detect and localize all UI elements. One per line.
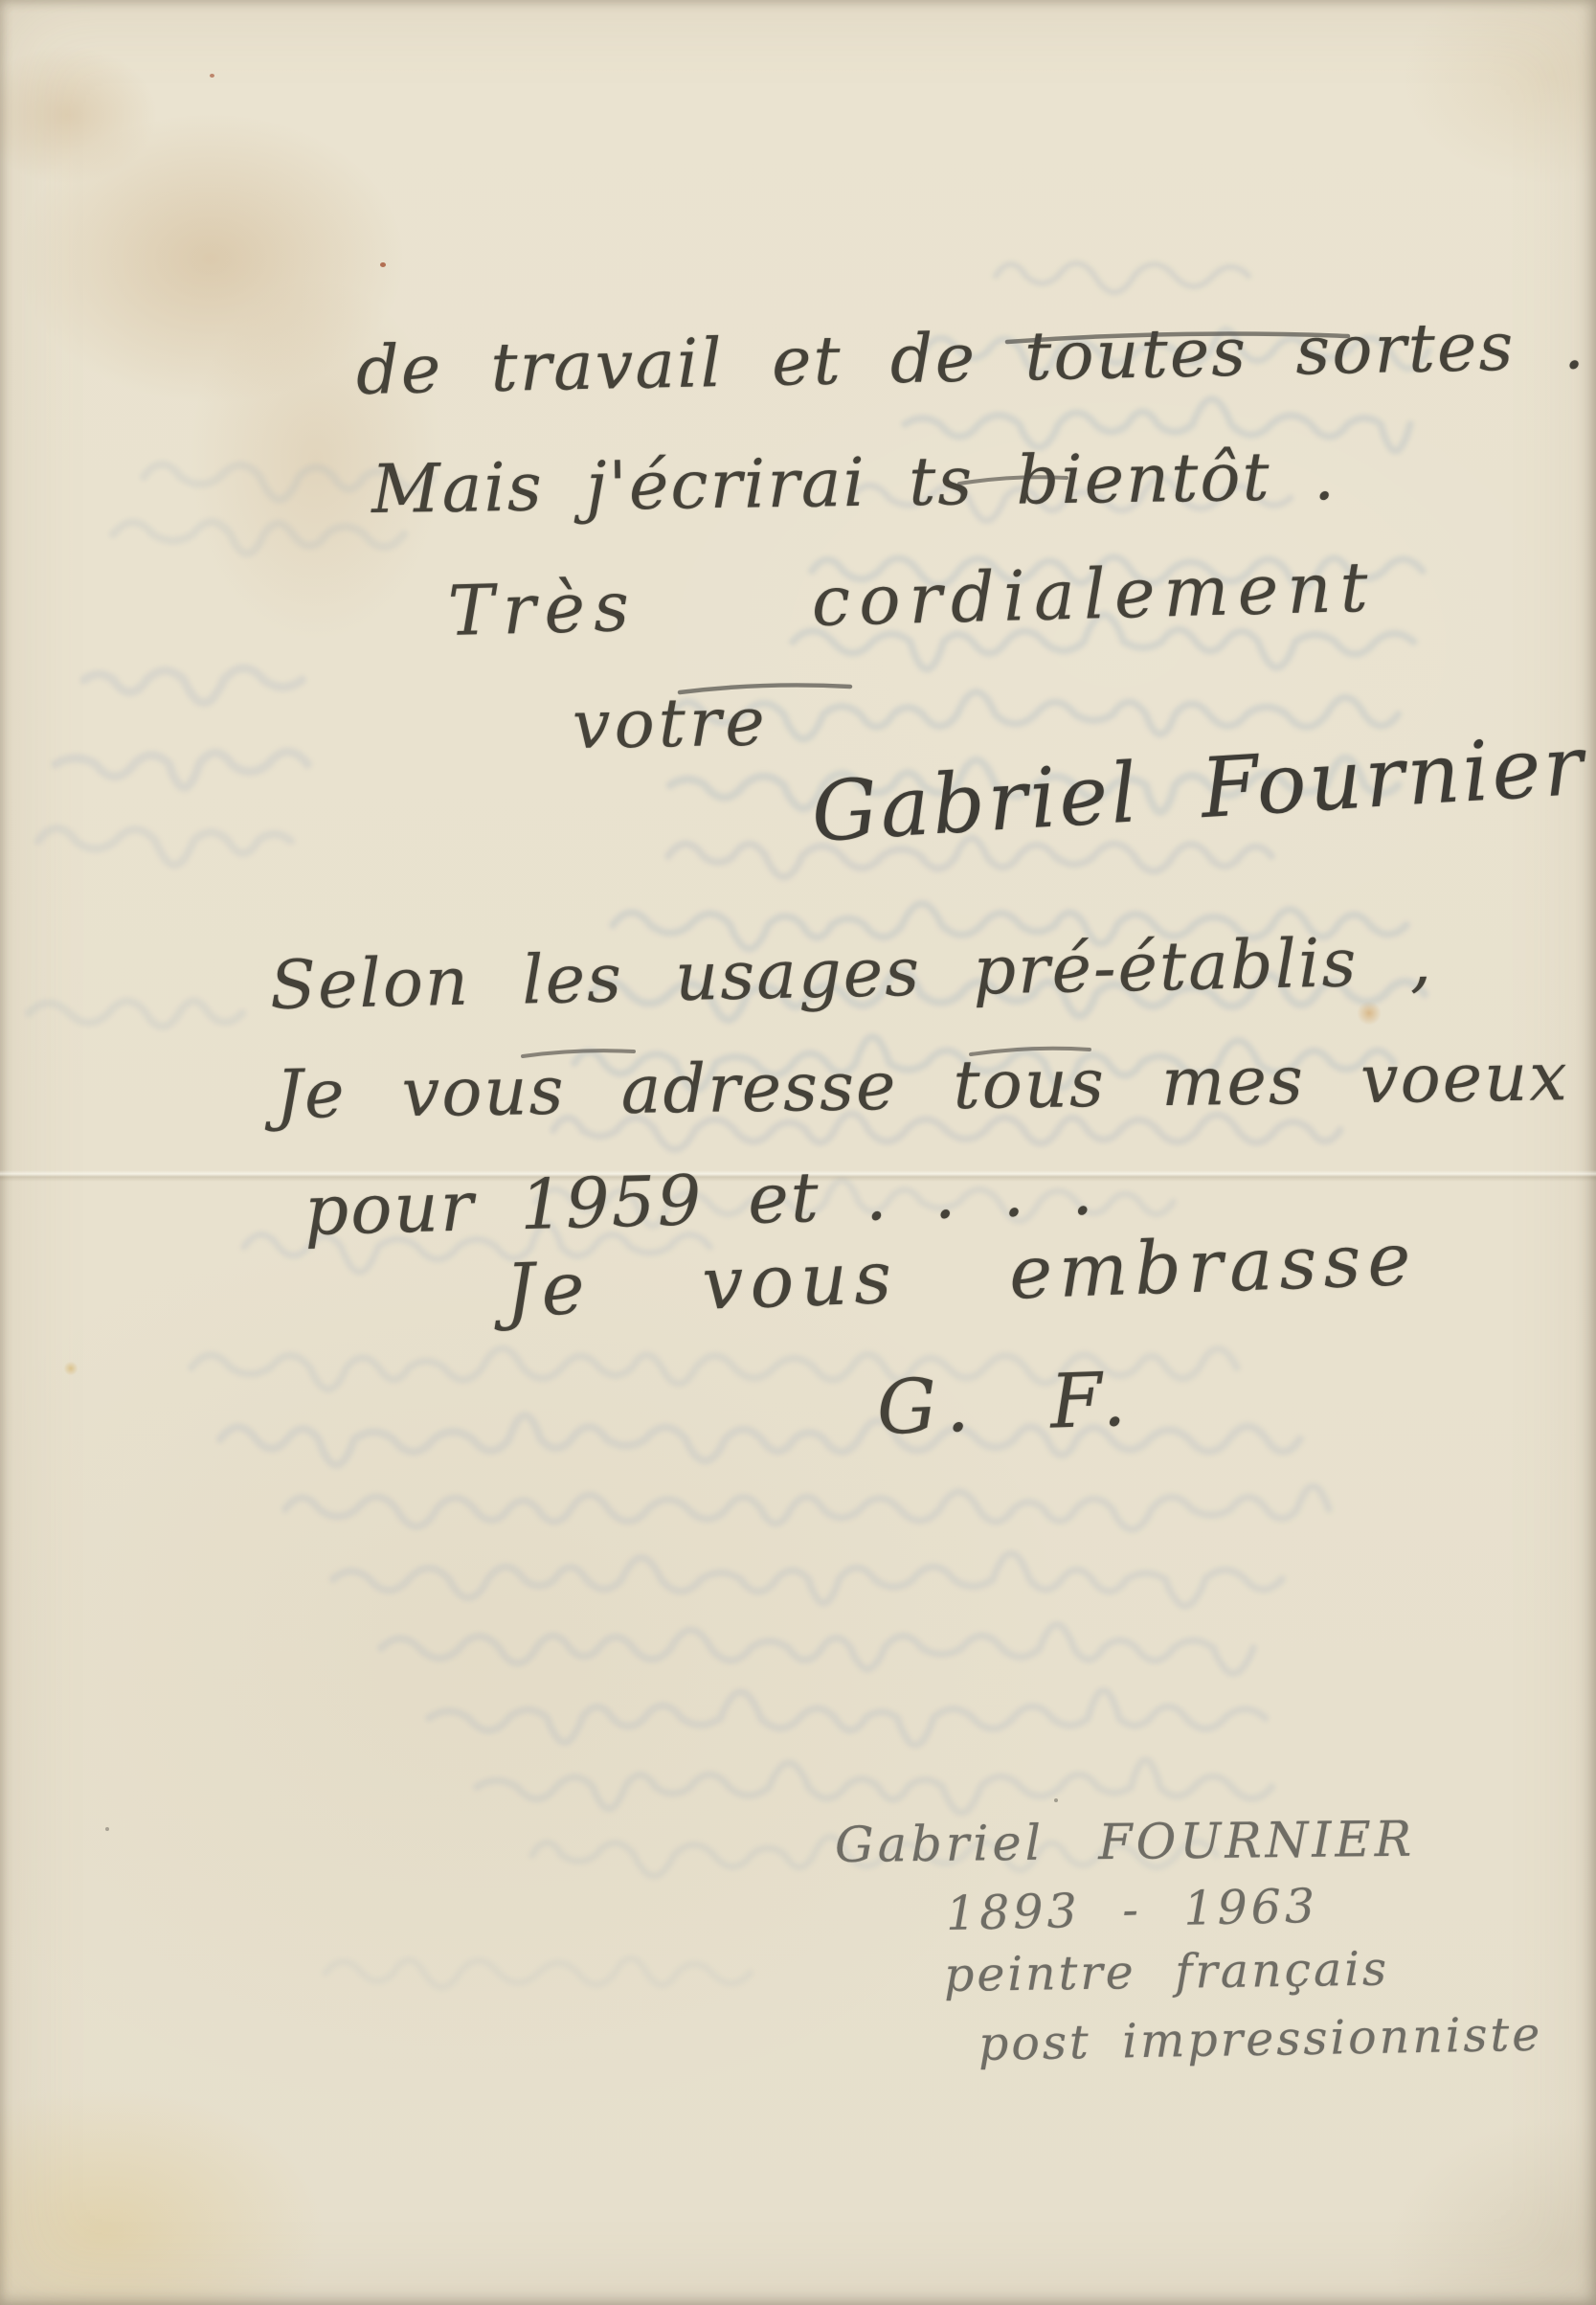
annotation-name: Gabriel FOURNIER [835,1816,1416,1870]
paper-speck [105,1827,109,1831]
annotation-descriptor-1: peintre français [944,1946,1390,1999]
annotation-dates: 1893 - 1963 [945,1883,1318,1937]
paper-speck [210,74,214,78]
letter-scan-page: de travail et de toutes sortes . Mais j'… [0,0,1596,2305]
paper-speck [1054,1798,1058,1802]
annotation-descriptor-2: post impressionniste [978,2011,1543,2068]
paper-speck [380,262,386,267]
